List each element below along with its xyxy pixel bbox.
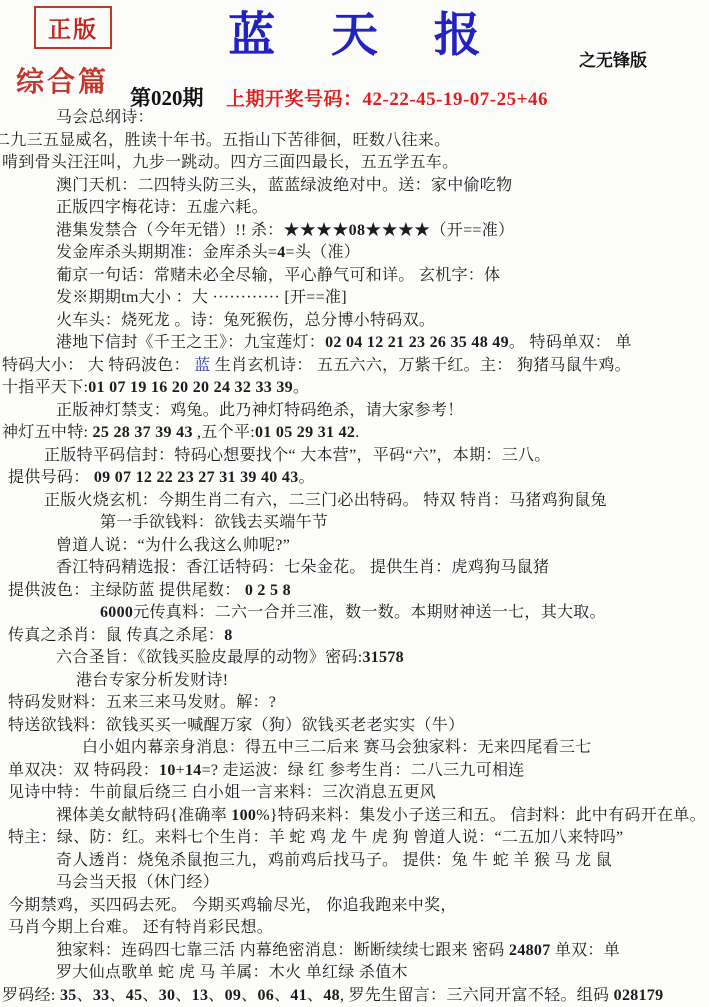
report-line: 二九三五显威名，胜读十年书。五指山下苦徘徊，旺数八往来。 bbox=[0, 130, 709, 153]
report-line: 今期禁鸡，买四码去死。 今期买鸡输尽光， 你追我跑来中奖， bbox=[8, 895, 709, 918]
report-line: 独家料：连码四七靠三活 内幕绝密消息：断断续续七跟来 密码 24807 单双：单 bbox=[56, 940, 709, 963]
report-line: 见诗中特：牛前鼠后绕三 白小姐一言来料：三次消息五更风 bbox=[8, 782, 709, 805]
report-line: 特码大小： 大 特码波色： 蓝 生肖玄机诗： 五五六六，万紫千红。主： 狗猪马鼠… bbox=[2, 355, 709, 378]
newspaper-page: 正版 蓝 天 报 之无锋版 综合篇 第020期 上期开奖号码：42-22-45-… bbox=[0, 0, 709, 1007]
report-line: 第一手欲钱料：欲钱去买端午节 bbox=[100, 512, 709, 535]
report-line: 正版特平码信封：特码心想要找个“ 大本营”，平码“六”，本期：三八。 bbox=[44, 445, 709, 468]
report-line: 正版火烧玄机：今期生肖二有六，二三门必出特码。 特双 特肖：马猪鸡狗鼠兔 bbox=[44, 490, 709, 513]
report-line: 奇人透肖：烧兔杀鼠抱三九，鸡前鸡后找马子。 提供：兔 牛 蛇 羊 猴 马 龙 鼠 bbox=[56, 850, 709, 873]
report-line: 罗码经: 35、33、45、30、13、09、06、41、48, 罗先生留言：三… bbox=[2, 985, 709, 1007]
report-line: 马会总纲诗： bbox=[56, 107, 709, 130]
edition-label: 之无锋版 bbox=[579, 46, 647, 71]
report-line: 特送欲钱料：欲钱买买一喊醒万家（狗）欲钱买老老实实（牛） bbox=[8, 715, 709, 738]
report-line: 葡京一句话：常赌未必全尽输，平心静气可和详。 玄机字：体 bbox=[56, 265, 709, 288]
report-line: 特主：绿、防：红。来料七个生肖：羊 蛇 鸡 龙 牛 虎 狗 曾道人说：“二五加八… bbox=[8, 827, 709, 850]
report-line: 马肖今期上台难。 还有特肖彩民想。 bbox=[8, 917, 709, 940]
report-line: 白小姐内幕亲身消息：得五中三二后来 赛马会独家料：无来四尾看三七 bbox=[82, 737, 709, 760]
report-line: 6000元传真料：二六一合并三准，数一数。本期财神送一七，其大取。 bbox=[100, 602, 709, 625]
report-line: 香江特码精选报：香江话特码：七朵金花。 提供生肖：虎鸡狗马鼠猪 bbox=[56, 557, 709, 580]
report-line: 传真之杀肖：鼠 传真之杀尾：8 bbox=[8, 625, 709, 648]
report-line: 发金库杀头期期准：金库杀头=4=头（准） bbox=[56, 242, 709, 265]
report-line: 港集发禁合（今年无错）!! 杀：★★★★08★★★★（开==准） bbox=[56, 220, 709, 243]
report-line: 正版四字梅花诗：五虚六耗。 bbox=[56, 197, 709, 220]
report-body: 马会总纲诗：二九三五显威名，胜读十年书。五指山下苦徘徊，旺数八往来。啃到骨头汪汪… bbox=[0, 107, 709, 1007]
report-line: 港台专家分析发财诗! bbox=[76, 670, 709, 693]
report-line: 六合圣旨：《欲钱买脸皮最厚的动物》密码:31578 bbox=[56, 647, 709, 670]
report-line: 提供号码： 09 07 12 22 23 27 31 39 40 43。 bbox=[8, 467, 709, 490]
report-line: 发※期期tm大小 ：大 ············ [开==准] bbox=[56, 287, 709, 310]
report-line: 神灯五中特: 25 28 37 39 43 ,五个平:01 05 29 31 4… bbox=[2, 422, 709, 445]
report-line: 单双决：双 特码段：10+14=? 走运波：绿 红 参考生肖：二八三九可相连 bbox=[8, 760, 709, 783]
report-line: 马会当天报（休门经） bbox=[56, 872, 709, 895]
report-line: 曾道人说：“为什么我这么帅呢?” bbox=[56, 535, 709, 558]
report-line: 火车头：烧死龙 。诗：兔死猴伤，总分博小特码双。 bbox=[56, 310, 709, 333]
report-line: 裸体美女献特码{准确率 100%}特码来料：集发小子送三和五。 信封料：此中有码… bbox=[56, 805, 709, 828]
report-line: 罗大仙点歌单 蛇 虎 马 羊属：木火 单红绿 杀值木 bbox=[56, 962, 709, 985]
report-line: 十指平天下:01 07 19 16 20 20 24 32 33 39。 bbox=[2, 377, 709, 400]
section-label: 综合篇 bbox=[16, 60, 109, 100]
report-line: 特码发财料：五来三来马发财。解：? bbox=[8, 692, 709, 715]
report-line: 港地下信封《千王之王》：九宝莲灯：02 04 12 21 23 26 35 48… bbox=[56, 332, 709, 355]
report-line: 啃到骨头汪汪叫，九步一跳动。四方三面四最长，五五学五车。 bbox=[2, 152, 709, 175]
report-line: 正版神灯禁支：鸡兔。此乃神灯特码绝杀，请大家参考！ bbox=[56, 400, 709, 423]
report-line: 提供波色：主绿防蓝 提供尾数： 0 2 5 8 bbox=[8, 580, 709, 603]
report-line: 澳门天机：二四特头防三头，蓝蓝绿波绝对中。送：家中偷吃物 bbox=[56, 175, 709, 198]
